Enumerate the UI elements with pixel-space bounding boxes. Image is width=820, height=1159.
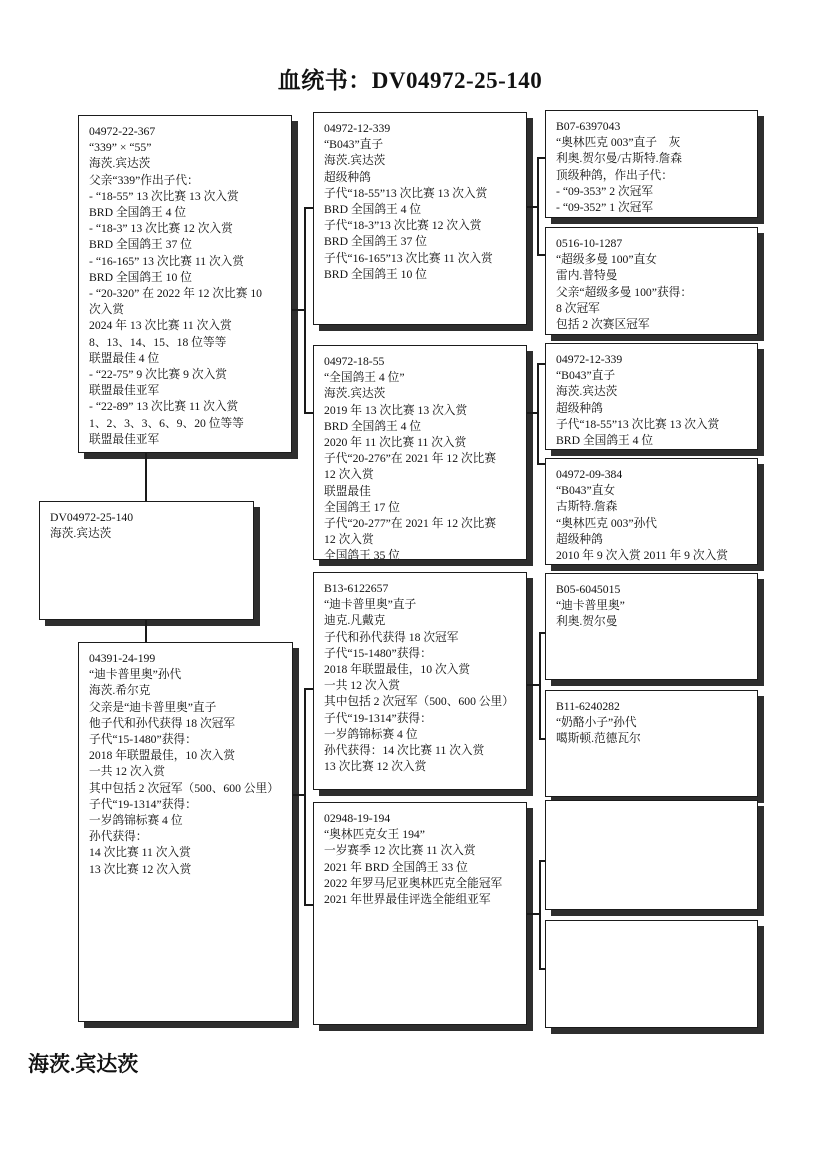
dam-dam-dam-box-text [546, 921, 757, 931]
connector-dam-dam-stub [304, 904, 313, 906]
pedigree-box-dam-dam-dam-empty [545, 920, 758, 1028]
sire-dam-sire-box-text: 04972-12-339 “B043”直子 海茨.宾达茨 超级种鸽 子代“18-… [546, 344, 757, 450]
pedigree-box-dam-sire: B13-6122657 “迪卡普里奥”直子 迪克.凡戴克 子代和孙代获得 18 … [313, 572, 527, 790]
dam-sire-dam-box-text: B11-6240282 “奶酪小子”孙代 噶斯顿.范德瓦尔 [546, 691, 757, 750]
pedigree-box-sire-sire-dam: 0516-10-1287 “超级多曼 100”直女 雷内.普特曼 父亲“超级多曼… [545, 227, 758, 335]
pedigree-box-dam-sire-sire: B05-6045015 “迪卡普里奥” 利奥.贺尔曼 [545, 573, 758, 680]
connector-dam-sire-sire-stub [539, 632, 545, 634]
pedigree-box-sire: 04972-22-367 “339” × “55” 海茨.宾达茨 父亲“339”… [78, 115, 292, 453]
dam-sire-sire-box-text: B05-6045015 “迪卡普里奥” 利奥.贺尔曼 [546, 574, 757, 633]
connector-subject-to-dam [145, 620, 147, 642]
pedigree-box-sire-sire: 04972-12-339 “B043”直子 海茨.宾达茨 超级种鸽 子代“18-… [313, 112, 527, 325]
connector-sire-dam-dam-stub [537, 463, 545, 465]
connector-sire-to-subject [145, 453, 147, 501]
dam-sire-box-text: B13-6122657 “迪卡普里奥”直子 迪克.凡戴克 子代和孙代获得 18 … [314, 573, 526, 777]
sire-box-text: 04972-22-367 “339” × “55” 海茨.宾达茨 父亲“339”… [79, 116, 291, 450]
connector-dam-dam-dam-stub [539, 968, 545, 970]
sire-sire-sire-box-text: B07-6397043 “奥林匹克 003”直子 灰 利奥.贺尔曼/古斯特.詹森… [546, 111, 757, 218]
connector-sire-dam-stub [304, 412, 313, 414]
pedigree-page: 血统书：DV04972-25-140 04972-22-367 “339” × … [0, 0, 820, 1159]
connector-dam-sire-stub [304, 688, 313, 690]
sire-sire-dam-box-text: 0516-10-1287 “超级多曼 100”直女 雷内.普特曼 父亲“超级多曼… [546, 228, 757, 335]
subject-box-text: DV04972-25-140 海茨.宾达茨 [40, 502, 253, 544]
pedigree-box-dam-sire-dam: B11-6240282 “奶酪小子”孙代 噶斯顿.范德瓦尔 [545, 690, 758, 797]
dam-dam-box-text: 02948-19-194 “奥林匹克女王 194” 一岁赛季 12 次比赛 11… [314, 803, 526, 910]
pedigree-title: 血统书：DV04972-25-140 [0, 62, 820, 95]
connector-sire-sire-dam-stub [537, 254, 545, 256]
sire-dam-dam-box-text: 04972-09-384 “B043”直女 古斯特.詹森 “奥林匹克 003”孙… [546, 459, 757, 565]
pedigree-box-sire-dam-dam: 04972-09-384 “B043”直女 古斯特.詹森 “奥林匹克 003”孙… [545, 458, 758, 565]
pedigree-box-sire-dam-sire: 04972-12-339 “B043”直子 海茨.宾达茨 超级种鸽 子代“18-… [545, 343, 758, 450]
pedigree-box-subject: DV04972-25-140 海茨.宾达茨 [39, 501, 254, 620]
breeder-name-label: 海茨.宾达茨 [28, 1048, 138, 1078]
connector-dam-sire-bracket [539, 632, 541, 740]
connector-sire-sire-sire-stub [537, 157, 545, 159]
pedigree-box-sire-dam: 04972-18-55 “全国鸽王 4 位” 海茨.宾达茨 2019 年 13 … [313, 345, 527, 560]
connector-sire-dam-bracket [537, 363, 539, 465]
connector-sire-sire-stub [304, 207, 313, 209]
connector-dam-sire-dam-stub [539, 738, 545, 740]
pedigree-box-dam-dam-sire-empty [545, 800, 758, 910]
dam-box-text: 04391-24-199 “迪卡普里奥”孙代 海茨.希尔克 父亲是“迪卡普里奥”… [79, 643, 292, 880]
sire-dam-box-text: 04972-18-55 “全国鸽王 4 位” 海茨.宾达茨 2019 年 13 … [314, 346, 526, 560]
connector-dam-bracket [304, 688, 306, 906]
sire-sire-box-text: 04972-12-339 “B043”直子 海茨.宾达茨 超级种鸽 子代“18-… [314, 113, 526, 285]
connector-dam-dam-bracket [539, 860, 541, 970]
connector-sire-sire-bracket [537, 157, 539, 256]
pedigree-box-dam: 04391-24-199 “迪卡普里奥”孙代 海茨.希尔克 父亲是“迪卡普里奥”… [78, 642, 293, 1022]
connector-sire-bracket [304, 207, 306, 414]
dam-dam-sire-box-text [546, 801, 757, 811]
connector-sire-dam-sire-stub [537, 363, 545, 365]
pedigree-box-dam-dam: 02948-19-194 “奥林匹克女王 194” 一岁赛季 12 次比赛 11… [313, 802, 527, 1025]
pedigree-box-sire-sire-sire: B07-6397043 “奥林匹克 003”直子 灰 利奥.贺尔曼/古斯特.詹森… [545, 110, 758, 218]
connector-dam-dam-sire-stub [539, 860, 545, 862]
